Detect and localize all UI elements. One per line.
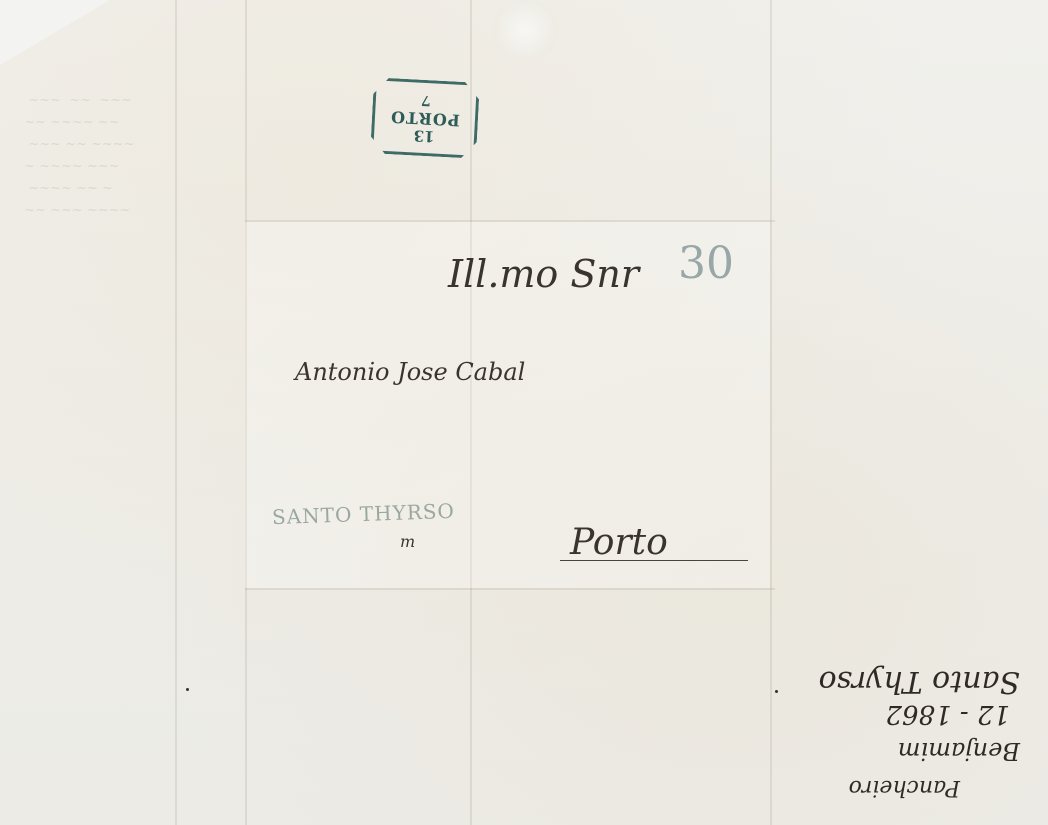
postmark-line: 7 bbox=[421, 91, 432, 109]
city-underline bbox=[560, 560, 748, 561]
postmark-line: PORTO bbox=[390, 107, 461, 129]
docket-line: 12 - 1862 bbox=[790, 699, 1010, 729]
fold-line bbox=[245, 588, 775, 590]
docket-line: Santo Thyrso bbox=[790, 664, 1020, 699]
fold-line bbox=[175, 0, 177, 825]
fold-line bbox=[770, 0, 772, 825]
ink-speck bbox=[186, 688, 189, 691]
bleed-through-text: ~~~ ~~ ~~~ ~~ ~~~~ ~~ ~~~ ~~ ~~~~ ~ ~~~~… bbox=[20, 90, 170, 790]
porto-postmark: 13 PORTO 7 bbox=[370, 77, 480, 158]
ink-speck bbox=[775, 690, 778, 693]
address-recipient: Antonio Jose Cabal bbox=[295, 358, 525, 386]
address-salutation: Ill.mo Snr bbox=[448, 252, 639, 296]
docket-line: Pancheiro bbox=[790, 775, 960, 800]
postmark-line: 13 bbox=[413, 126, 435, 145]
wax-seal-remnant bbox=[490, 0, 560, 60]
docket-line: Benjamim bbox=[790, 737, 1020, 765]
rate-mark: 30 bbox=[678, 238, 734, 289]
address-city: Porto bbox=[570, 522, 668, 563]
docket-note: Pancheiro Benjamim 12 - 1862 Santo Thyrs… bbox=[790, 600, 1040, 810]
address-via: m bbox=[400, 532, 415, 551]
